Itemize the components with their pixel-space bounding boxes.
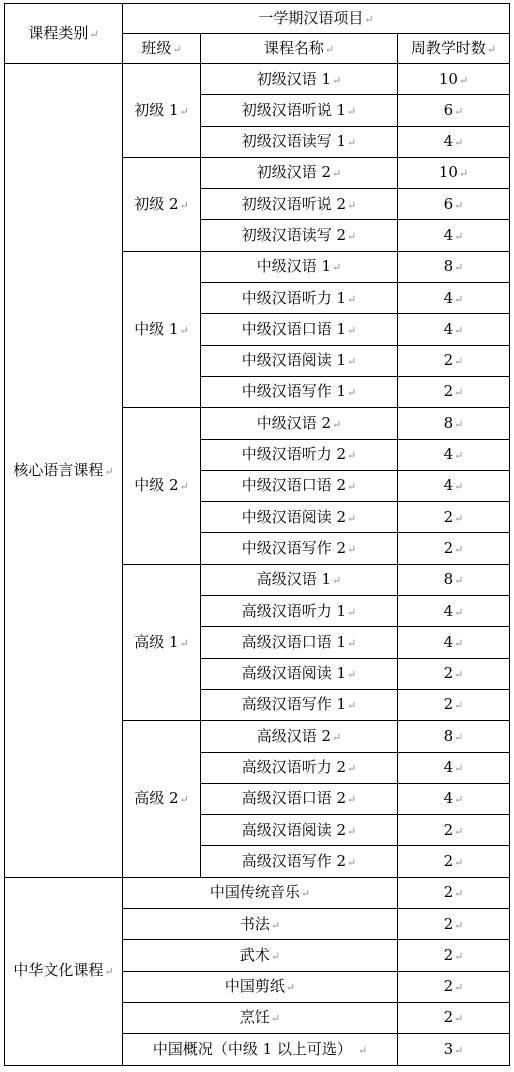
paragraph-mark-icon: ↵ [454,355,463,368]
class-group-label: 高级 2 [134,789,178,807]
paragraph-mark-icon: ↵ [454,856,463,869]
paragraph-mark-icon: ↵ [180,105,189,118]
paragraph-mark-icon: ↵ [347,793,356,806]
hours-cell: 6↵ [398,95,510,126]
class-group-label: 高级 1 [134,633,178,651]
course-schedule-table: 课程类别↵ 一学期汉语项目↵ 班级↵ 课程名称↵ 周教学时数↵ 核心语言课程↵ … [4,3,510,1066]
paragraph-mark-icon: ↵ [332,261,341,274]
paragraph-mark-icon: ↵ [347,105,356,118]
hours-cell: 4↵ [398,596,510,627]
hours-value: 2 [444,351,454,369]
header-cell-category: 课程类别↵ [5,4,123,64]
class-group-label: 中级 1 [134,320,178,338]
paragraph-mark-icon: ↵ [454,230,463,243]
paragraph-mark-icon: ↵ [347,324,356,337]
hours-cell: 2↵ [398,846,510,877]
course-cell: 中级汉语听力 1↵ [201,283,398,314]
header-cell-class: 班级↵ [123,34,201,64]
paragraph-mark-icon: ↵ [454,293,463,306]
class-group-label: 初级 1 [134,101,178,119]
hours-cell: 8↵ [398,408,510,439]
document-page: 课程类别↵ 一学期汉语项目↵ 班级↵ 课程名称↵ 周教学时数↵ 核心语言课程↵ … [0,0,514,1072]
header-hours-label: 周教学时数 [411,39,486,57]
paragraph-mark-icon: ↵ [347,199,356,212]
header-category-label: 课程类别 [28,24,88,42]
hours-value: 10 [439,163,458,181]
course-cell: 中级汉语 1↵ [201,251,398,282]
hours-cell: 2↵ [398,502,510,533]
course-name: 中级汉语口语 1 [242,320,346,338]
paragraph-mark-icon: ↵ [347,293,356,306]
hours-value: 4 [444,445,454,463]
paragraph-mark-icon: ↵ [347,355,356,368]
paragraph-mark-icon: ↵ [347,230,356,243]
course-name: 高级汉语听力 1 [242,602,346,620]
paragraph-mark-icon: ↵ [347,637,356,650]
paragraph-mark-icon: ↵ [180,480,189,493]
course-name: 初级汉语听说 2 [242,195,346,213]
paragraph-mark-icon: ↵ [454,418,463,431]
paragraph-mark-icon: ↵ [454,449,463,462]
course-name: 中级汉语口语 2 [242,476,346,494]
course-name: 中国传统音乐 [210,883,300,901]
section-cell-core: 核心语言课程↵ [5,64,123,878]
hours-value: 4 [444,633,454,651]
class-group-cell: 初级 2↵ [123,157,201,251]
course-cell: 中级汉语写作 1↵ [201,376,398,407]
paragraph-mark-icon: ↵ [454,543,463,556]
course-cell: 烹饪↵ [123,1002,398,1033]
hours-value: 2 [444,508,454,526]
paragraph-mark-icon: ↵ [347,825,356,838]
paragraph-mark-icon: ↵ [347,136,356,149]
paragraph-mark-icon: ↵ [332,574,341,587]
paragraph-mark-icon: ↵ [454,637,463,650]
paragraph-mark-icon: ↵ [454,793,463,806]
hours-cell: 2↵ [398,658,510,689]
hours-value: 4 [444,758,454,776]
hours-cell: 4↵ [398,283,510,314]
paragraph-mark-icon: ↵ [271,1012,280,1025]
paragraph-mark-icon: ↵ [325,43,334,56]
paragraph-mark-icon: ↵ [454,1044,463,1057]
course-name: 高级汉语 2 [257,727,331,745]
hours-value: 2 [444,883,454,901]
paragraph-mark-icon: ↵ [454,950,463,963]
course-name: 高级汉语口语 2 [242,789,346,807]
course-name: 中级汉语阅读 2 [242,508,346,526]
hours-cell: 4↵ [398,783,510,814]
hours-value: 4 [444,226,454,244]
hours-cell: 8↵ [398,251,510,282]
paragraph-mark-icon: ↵ [271,919,280,932]
paragraph-mark-icon: ↵ [454,606,463,619]
class-group-label: 初级 2 [134,195,178,213]
hours-cell: 2↵ [398,877,510,908]
hours-value: 4 [444,789,454,807]
header-cell-program: 一学期汉语项目↵ [123,4,510,34]
hours-value: 4 [444,602,454,620]
course-name: 初级汉语读写 1 [242,132,346,150]
hours-cell: 3↵ [398,1034,510,1065]
course-name: 中国概况（中级 1 以上可选） [153,1040,352,1058]
course-cell: 中级汉语口语 2↵ [201,470,398,501]
course-name: 中级汉语听力 2 [242,445,346,463]
course-name: 武术 [240,946,270,964]
paragraph-mark-icon: ↵ [454,919,463,932]
course-name: 中级汉语听力 1 [242,289,346,307]
hours-cell: 4↵ [398,314,510,345]
hours-cell: 4↵ [398,126,510,157]
course-cell: 高级汉语 1↵ [201,564,398,595]
hours-value: 2 [444,695,454,713]
paragraph-mark-icon: ↵ [454,574,463,587]
paragraph-mark-icon: ↵ [332,731,341,744]
hours-cell: 2↵ [398,345,510,376]
course-cell: 初级汉语 2↵ [201,157,398,188]
paragraph-mark-icon: ↵ [180,324,189,337]
course-cell: 中国传统音乐↵ [123,877,398,908]
paragraph-mark-icon: ↵ [332,74,341,87]
course-cell: 高级汉语听力 1↵ [201,596,398,627]
hours-cell: 2↵ [398,689,510,720]
course-cell: 初级汉语读写 2↵ [201,220,398,251]
paragraph-mark-icon: ↵ [454,386,463,399]
course-name: 烹饪 [240,1008,270,1026]
hours-cell: 4↵ [398,470,510,501]
paragraph-mark-icon: ↵ [358,1044,367,1057]
hours-value: 8 [444,414,454,432]
course-cell: 武术↵ [123,940,398,971]
course-cell: 初级汉语读写 1↵ [201,126,398,157]
hours-cell: 2↵ [398,940,510,971]
course-name: 高级汉语 1 [257,570,331,588]
paragraph-mark-icon: ↵ [104,965,113,978]
paragraph-mark-icon: ↵ [454,981,463,994]
paragraph-mark-icon: ↵ [347,699,356,712]
paragraph-mark-icon: ↵ [454,261,463,274]
hours-value: 10 [439,70,458,88]
hours-cell: 8↵ [398,721,510,752]
class-group-cell: 高级 2↵ [123,721,201,877]
header-course-label: 课程名称 [264,39,324,57]
course-name: 初级汉语 2 [257,163,331,181]
course-cell: 中级汉语阅读 2↵ [201,502,398,533]
header-cell-hours: 周教学时数↵ [398,34,510,64]
hours-value: 4 [444,320,454,338]
course-name: 中级汉语 2 [257,414,331,432]
hours-cell: 8↵ [398,564,510,595]
paragraph-mark-icon: ↵ [286,981,295,994]
paragraph-mark-icon: ↵ [454,887,463,900]
hours-value: 2 [444,382,454,400]
class-group-label: 中级 2 [134,476,178,494]
course-cell: 高级汉语阅读 2↵ [201,815,398,846]
hours-cell: 2↵ [398,971,510,1002]
course-name: 中级汉语阅读 1 [242,351,346,369]
paragraph-mark-icon: ↵ [104,465,113,478]
hours-value: 2 [444,852,454,870]
course-cell: 初级汉语听说 1↵ [201,95,398,126]
header-program-label: 一学期汉语项目 [258,9,363,27]
hours-cell: 10↵ [398,157,510,188]
hours-value: 2 [444,977,454,995]
paragraph-mark-icon: ↵ [454,1012,463,1025]
course-cell: 高级汉语口语 1↵ [201,627,398,658]
course-name: 高级汉语口语 1 [242,633,346,651]
course-name: 初级汉语读写 2 [242,226,346,244]
paragraph-mark-icon: ↵ [347,512,356,525]
hours-value: 4 [444,132,454,150]
hours-cell: 2↵ [398,533,510,564]
hours-cell: 2↵ [398,1002,510,1033]
hours-value: 8 [444,257,454,275]
paragraph-mark-icon: ↵ [454,699,463,712]
hours-cell: 2↵ [398,376,510,407]
paragraph-mark-icon: ↵ [454,762,463,775]
course-name: 高级汉语阅读 1 [242,664,346,682]
course-cell: 中级汉语口语 1↵ [201,314,398,345]
paragraph-mark-icon: ↵ [180,793,189,806]
course-cell: 初级汉语听说 2↵ [201,189,398,220]
paragraph-mark-icon: ↵ [347,386,356,399]
paragraph-mark-icon: ↵ [454,136,463,149]
paragraph-mark-icon: ↵ [454,512,463,525]
paragraph-mark-icon: ↵ [454,105,463,118]
class-group-cell: 高级 1↵ [123,564,201,720]
course-name: 高级汉语写作 2 [242,852,346,870]
paragraph-mark-icon: ↵ [459,167,468,180]
hours-value: 2 [444,821,454,839]
hours-cell: 2↵ [398,909,510,940]
course-name: 高级汉语听力 2 [242,758,346,776]
hours-value: 6 [444,101,454,119]
paragraph-mark-icon: ↵ [301,887,310,900]
course-name: 中级汉语 1 [257,257,331,275]
course-cell: 中级汉语 2↵ [201,408,398,439]
class-group-cell: 中级 2↵ [123,408,201,564]
paragraph-mark-icon: ↵ [332,167,341,180]
course-cell: 高级汉语写作 1↵ [201,689,398,720]
course-cell: 高级汉语 2↵ [201,721,398,752]
section-culture-label: 中华文化课程 [13,961,103,979]
section-core-label: 核心语言课程 [13,461,103,479]
paragraph-mark-icon: ↵ [180,199,189,212]
course-cell: 初级汉语 1↵ [201,64,398,95]
paragraph-mark-icon: ↵ [347,668,356,681]
paragraph-mark-icon: ↵ [487,43,496,56]
hours-cell: 10↵ [398,64,510,95]
paragraph-mark-icon: ↵ [454,199,463,212]
paragraph-mark-icon: ↵ [454,825,463,838]
hours-cell: 6↵ [398,189,510,220]
course-cell: 中级汉语写作 2↵ [201,533,398,564]
paragraph-mark-icon: ↵ [454,731,463,744]
hours-value: 6 [444,195,454,213]
course-name: 高级汉语阅读 2 [242,821,346,839]
course-cell: 高级汉语听力 2↵ [201,752,398,783]
course-name: 书法 [240,915,270,933]
course-cell: 高级汉语阅读 1↵ [201,658,398,689]
header-cell-course: 课程名称↵ [201,34,398,64]
hours-value: 2 [444,1008,454,1026]
course-cell: 中国概况（中级 1 以上可选）↵ [123,1034,398,1065]
hours-value: 3 [444,1040,454,1058]
hours-value: 4 [444,476,454,494]
course-cell: 高级汉语写作 2↵ [201,846,398,877]
hours-value: 2 [444,915,454,933]
hours-value: 4 [444,289,454,307]
paragraph-mark-icon: ↵ [332,418,341,431]
paragraph-mark-icon: ↵ [347,856,356,869]
course-cell: 中国剪纸↵ [123,971,398,1002]
paragraph-mark-icon: ↵ [347,543,356,556]
course-cell: 高级汉语口语 2↵ [201,783,398,814]
paragraph-mark-icon: ↵ [180,637,189,650]
hours-cell: 2↵ [398,815,510,846]
paragraph-mark-icon: ↵ [271,950,280,963]
paragraph-mark-icon: ↵ [347,762,356,775]
hours-cell: 4↵ [398,439,510,470]
hours-value: 8 [444,727,454,745]
hours-cell: 4↵ [398,220,510,251]
paragraph-mark-icon: ↵ [454,480,463,493]
course-name: 中级汉语写作 2 [242,539,346,557]
course-name: 中级汉语写作 1 [242,382,346,400]
course-cell: 中级汉语阅读 1↵ [201,345,398,376]
header-class-label: 班级 [141,39,171,57]
course-name: 中国剪纸 [225,977,285,995]
course-name: 初级汉语听说 1 [242,101,346,119]
paragraph-mark-icon: ↵ [454,668,463,681]
paragraph-mark-icon: ↵ [347,480,356,493]
class-group-cell: 初级 1↵ [123,64,201,158]
paragraph-mark-icon: ↵ [347,606,356,619]
course-name: 初级汉语 1 [257,70,331,88]
paragraph-mark-icon: ↵ [172,43,181,56]
paragraph-mark-icon: ↵ [459,74,468,87]
course-cell: 中级汉语听力 2↵ [201,439,398,470]
hours-cell: 4↵ [398,627,510,658]
course-name: 高级汉语写作 1 [242,695,346,713]
course-cell: 书法↵ [123,909,398,940]
section-cell-culture: 中华文化课程↵ [5,877,123,1065]
paragraph-mark-icon: ↵ [364,13,373,26]
paragraph-mark-icon: ↵ [347,449,356,462]
hours-cell: 4↵ [398,752,510,783]
hours-value: 2 [444,664,454,682]
paragraph-mark-icon: ↵ [454,324,463,337]
class-group-cell: 中级 1↵ [123,251,201,407]
hours-value: 2 [444,539,454,557]
hours-value: 8 [444,570,454,588]
paragraph-mark-icon: ↵ [89,28,98,41]
hours-value: 2 [444,946,454,964]
